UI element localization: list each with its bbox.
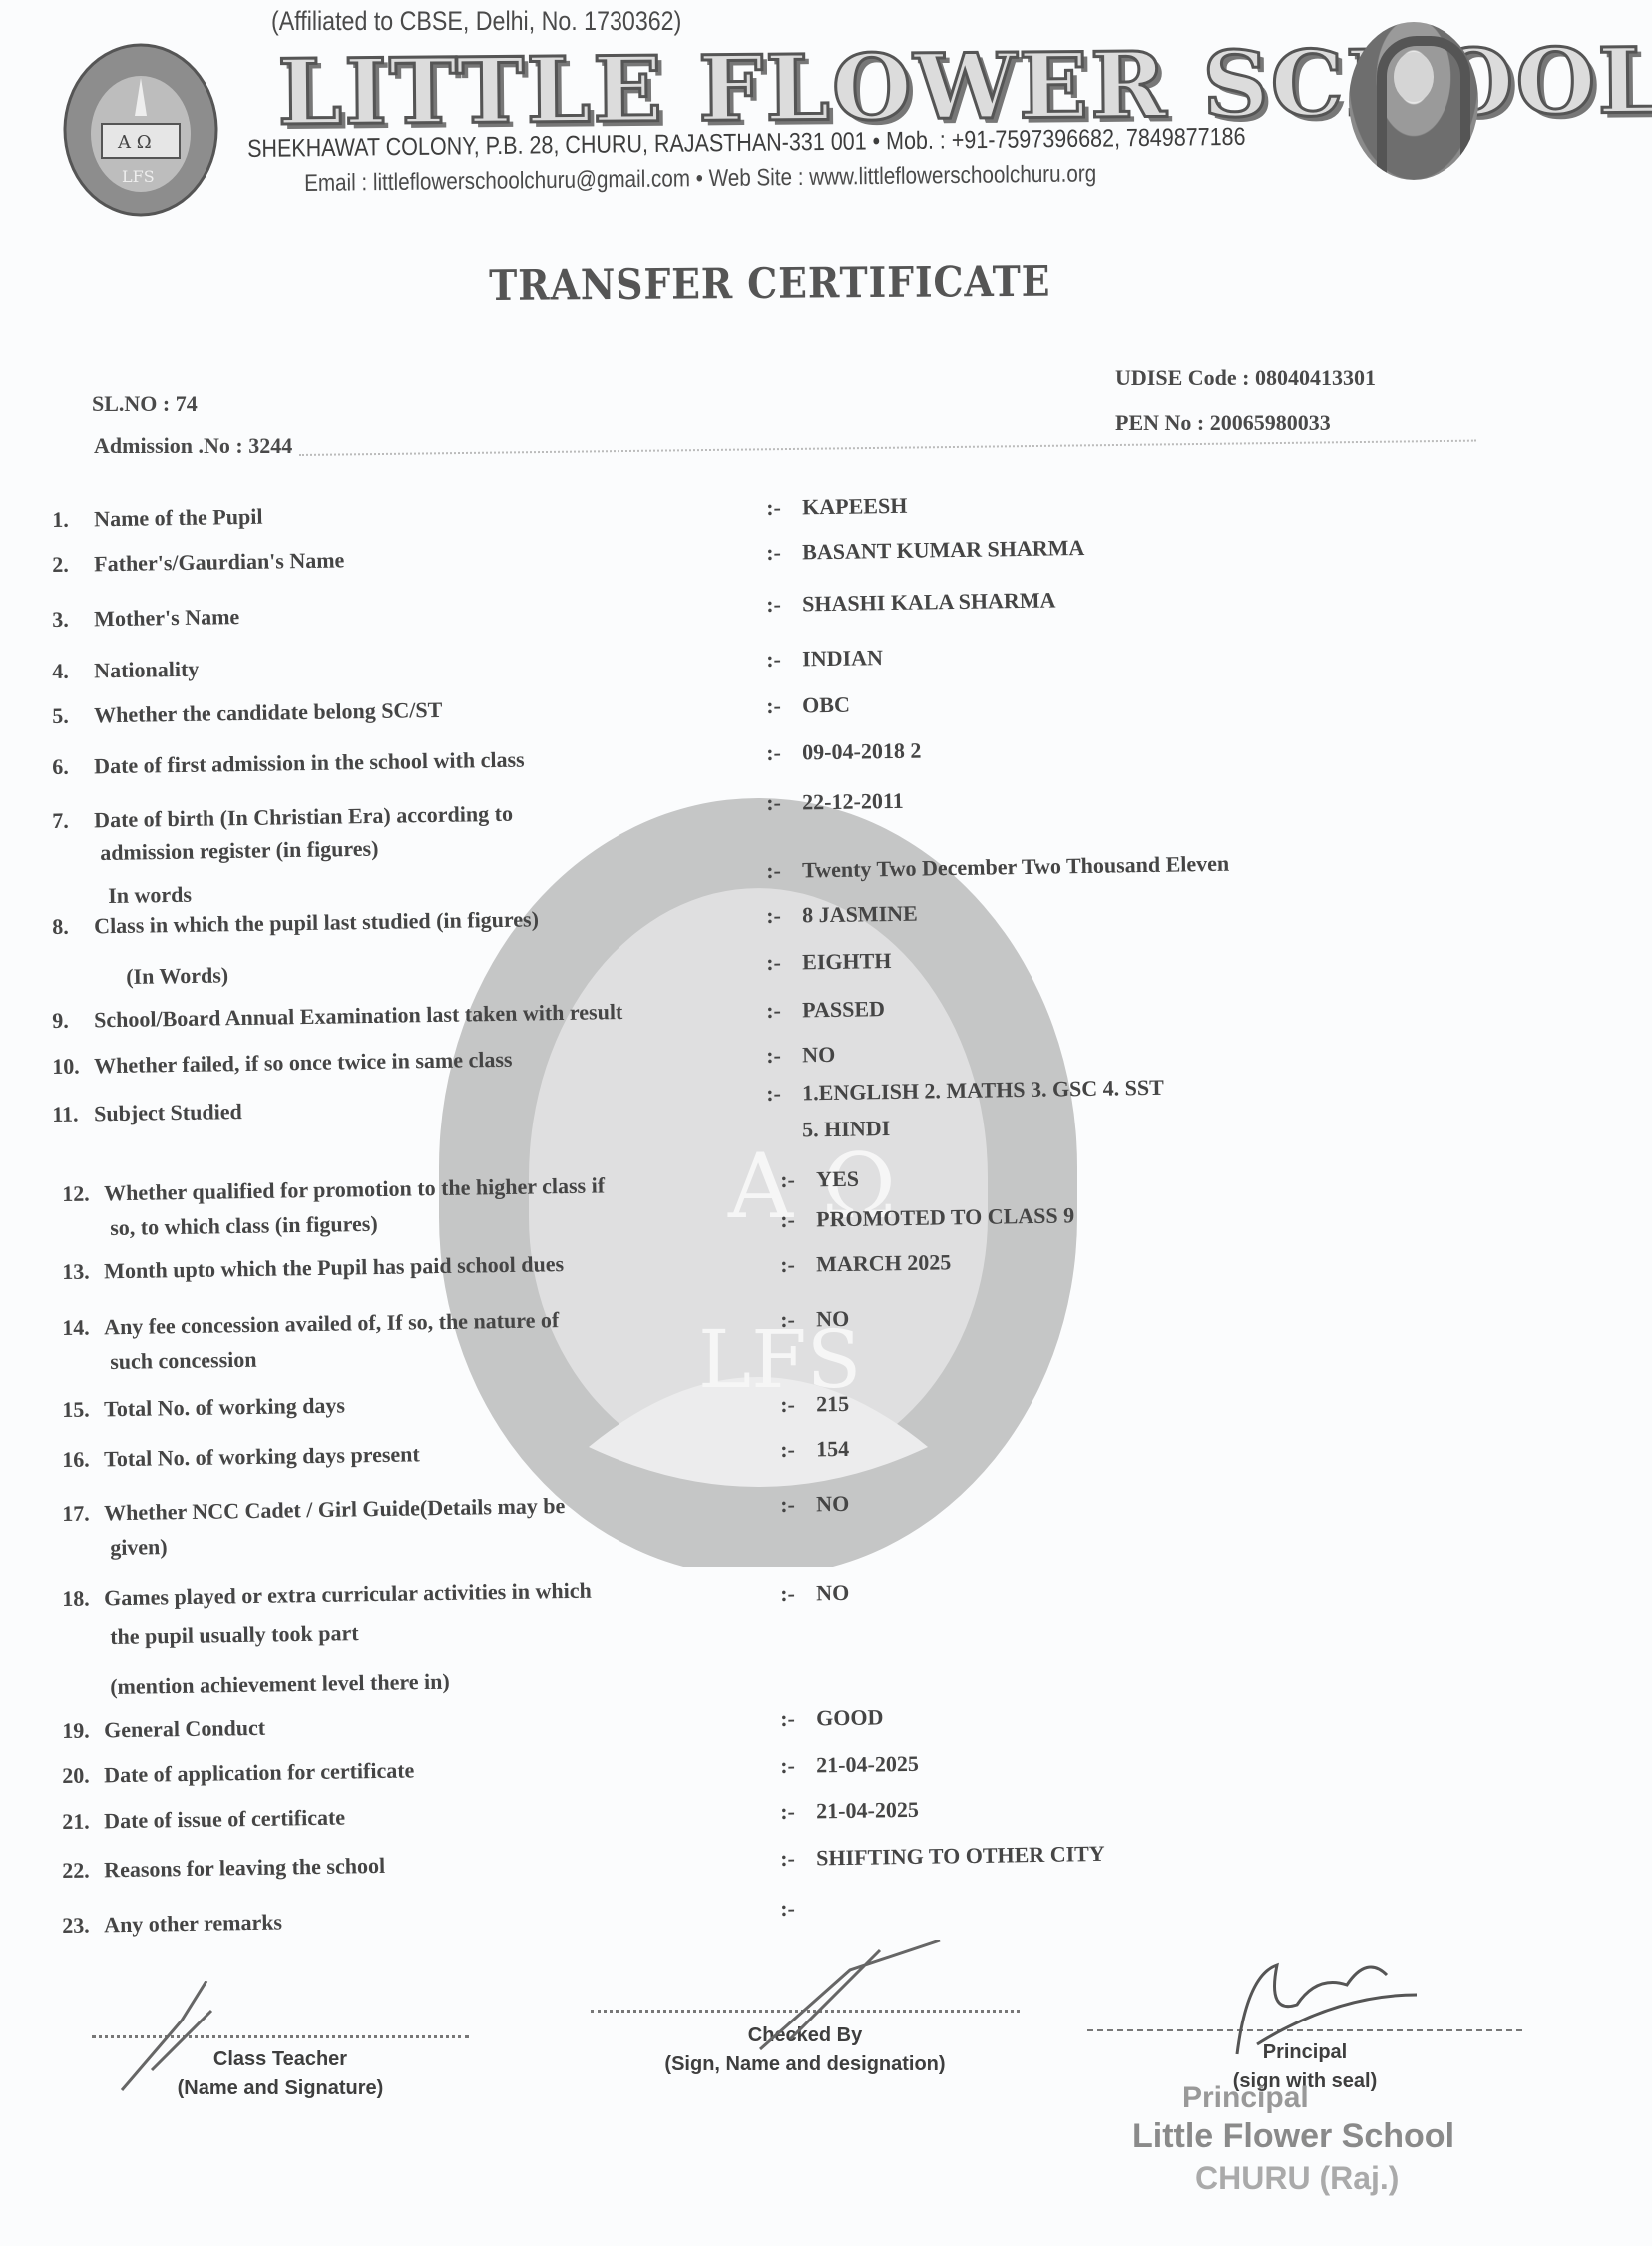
field-separator: :- bbox=[766, 494, 802, 521]
field-separator: :- bbox=[766, 857, 802, 884]
udise-code: UDISE Code : 08040413301 bbox=[1115, 365, 1376, 391]
pen-no: PEN No : 20065980033 bbox=[1115, 410, 1331, 436]
field-value-continuation: 5. HINDI bbox=[766, 1116, 890, 1143]
school-crest-icon: Α Ω LFS bbox=[62, 42, 219, 218]
field-separator: :- bbox=[780, 1580, 816, 1607]
field-separator: :- bbox=[780, 1436, 816, 1463]
field-label-continuation: (In Words) bbox=[126, 962, 228, 990]
field-label-text: Nationality bbox=[94, 657, 200, 683]
field-separator: :- bbox=[766, 949, 802, 976]
field-label-continuation: In words bbox=[108, 882, 192, 909]
field-separator: :- bbox=[766, 591, 802, 618]
field-number: 9. bbox=[52, 1007, 94, 1034]
field-value-text: GOOD bbox=[816, 1704, 884, 1730]
field-label: 2.Father's/Gaurdian's Name bbox=[52, 547, 345, 578]
field-value: :- bbox=[780, 1895, 816, 1922]
field-label: 12.Whether qualified for promotion to th… bbox=[62, 1172, 605, 1207]
field-separator: :- bbox=[766, 902, 802, 929]
field-label-text: Whether failed, if so once twice in same… bbox=[94, 1047, 513, 1079]
document-title: TRANSFER CERTIFICATE bbox=[489, 257, 1050, 310]
field-number: 2. bbox=[52, 551, 94, 578]
field-value: :-MARCH 2025 bbox=[780, 1249, 951, 1278]
field-value-text: PROMOTED TO CLASS 9 bbox=[816, 1202, 1074, 1231]
field-value-text: NO bbox=[816, 1580, 849, 1606]
field-label: 5.Whether the candidate belong SC/ST bbox=[52, 697, 443, 729]
field-label-text: Total No. of working days present bbox=[104, 1441, 420, 1471]
field-label: 8.Class in which the pupil last studied … bbox=[52, 906, 539, 940]
field-number: 10. bbox=[52, 1053, 94, 1080]
field-number: 12. bbox=[62, 1180, 104, 1207]
field-number: 17. bbox=[62, 1500, 104, 1527]
field-label: 14.Any fee concession availed of, If so,… bbox=[62, 1307, 559, 1341]
field-value: :-09-04-2018 2 bbox=[766, 738, 922, 766]
field-value: :-YES bbox=[780, 1166, 859, 1193]
field-value: :-KAPEESH bbox=[766, 493, 908, 521]
field-separator: :- bbox=[766, 789, 802, 816]
field-value-continuation: :-Twenty Two December Two Thousand Eleve… bbox=[766, 851, 1229, 884]
svg-text:Α Ω: Α Ω bbox=[117, 132, 152, 153]
field-value-text: Twenty Two December Two Thousand Eleven bbox=[802, 851, 1229, 883]
field-value-text: 1.ENGLISH 2. MATHS 3. GSC 4. SST bbox=[802, 1075, 1164, 1106]
field-label-continuation: so, to which class (in figures) bbox=[110, 1211, 378, 1241]
field-value-text: 21-04-2025 bbox=[816, 1797, 919, 1824]
field-number: 20. bbox=[62, 1762, 104, 1789]
field-value-text: OBC bbox=[802, 692, 850, 718]
field-number: 14. bbox=[62, 1314, 104, 1341]
field-label: 20.Date of application for certificate bbox=[62, 1757, 415, 1789]
field-number: 4. bbox=[52, 658, 94, 684]
field-label: 10.Whether failed, if so once twice in s… bbox=[52, 1047, 513, 1080]
field-number: 5. bbox=[52, 702, 94, 729]
field-value-continuation: :-PROMOTED TO CLASS 9 bbox=[780, 1202, 1074, 1233]
field-label-text: Subject Studied bbox=[94, 1099, 242, 1125]
field-label: 21.Date of issue of certificate bbox=[62, 1805, 345, 1835]
field-value-text: INDIAN bbox=[802, 645, 883, 671]
field-label-text: Any fee concession availed of, If so, th… bbox=[104, 1307, 559, 1339]
field-label-continuation: the pupil usually took part bbox=[110, 1620, 359, 1650]
field-separator: :- bbox=[766, 1080, 802, 1107]
field-label: 16.Total No. of working days present bbox=[62, 1441, 420, 1473]
field-value-text: NO bbox=[816, 1306, 849, 1332]
field-label: 17.Whether NCC Cadet / Girl Guide(Detail… bbox=[62, 1493, 566, 1527]
field-value-text: SHIFTING TO OTHER CITY bbox=[816, 1841, 1105, 1871]
field-label-text: Whether the candidate belong SC/ST bbox=[94, 697, 443, 727]
field-separator: :- bbox=[766, 539, 802, 566]
field-value: :-BASANT KUMAR SHARMA bbox=[766, 535, 1085, 566]
field-separator: :- bbox=[766, 997, 802, 1024]
field-value: :-1.ENGLISH 2. MATHS 3. GSC 4. SST bbox=[766, 1075, 1164, 1107]
field-label: 18.Games played or extra curricular acti… bbox=[62, 1578, 592, 1612]
field-label-text: Reasons for leaving the school bbox=[104, 1853, 385, 1882]
field-label-text: Any other remarks bbox=[104, 1910, 282, 1938]
field-value: :-SHIFTING TO OTHER CITY bbox=[780, 1841, 1105, 1872]
field-separator: :- bbox=[780, 1391, 816, 1418]
field-separator: :- bbox=[766, 1042, 802, 1069]
field-label-text: Class in which the pupil last studied (i… bbox=[94, 906, 539, 938]
saint-portrait-icon bbox=[1349, 22, 1478, 180]
field-number: 1. bbox=[52, 506, 94, 533]
field-label-text: Whether qualified for promotion to the h… bbox=[104, 1172, 605, 1205]
svg-text:LFS: LFS bbox=[122, 167, 155, 186]
field-separator: :- bbox=[780, 1895, 816, 1922]
field-value-text: 21-04-2025 bbox=[816, 1751, 919, 1778]
field-label-text: Name of the Pupil bbox=[94, 504, 263, 532]
field-label: 11.Subject Studied bbox=[52, 1099, 242, 1127]
field-separator: :- bbox=[780, 1306, 816, 1333]
field-number: 7. bbox=[52, 807, 94, 834]
field-value: :-GOOD bbox=[780, 1704, 884, 1732]
field-number: 23. bbox=[62, 1912, 104, 1939]
field-label: 4.Nationality bbox=[52, 657, 200, 684]
stamp-principal: Principal bbox=[1182, 2081, 1309, 2115]
field-value-text: 8 JASMINE bbox=[802, 901, 918, 928]
field-value: :-INDIAN bbox=[766, 645, 883, 673]
field-label-continuation: such concession bbox=[110, 1347, 257, 1375]
signature-scribble-icon bbox=[750, 1940, 950, 2059]
field-value: :-21-04-2025 bbox=[780, 1751, 919, 1779]
field-value: :-PASSED bbox=[766, 996, 885, 1024]
field-separator: :- bbox=[766, 692, 802, 719]
field-label: 6.Date of first admission in the school … bbox=[52, 747, 525, 780]
field-value: :-SHASHI KALA SHARMA bbox=[766, 587, 1056, 618]
stamp-school-name: Little Flower School bbox=[1132, 2117, 1454, 2156]
field-label-text: Whether NCC Cadet / Girl Guide(Details m… bbox=[104, 1493, 566, 1525]
field-value: :-NO bbox=[780, 1491, 849, 1518]
field-separator: :- bbox=[780, 1752, 816, 1779]
field-separator: :- bbox=[780, 1798, 816, 1825]
field-value-text: 154 bbox=[816, 1436, 849, 1462]
signature-scribble-icon bbox=[1217, 1955, 1437, 2064]
field-label: 15.Total No. of working days bbox=[62, 1393, 345, 1423]
field-separator: :- bbox=[780, 1251, 816, 1278]
field-value-text: YES bbox=[816, 1166, 859, 1192]
field-label: 19.General Conduct bbox=[62, 1715, 265, 1744]
field-number: 22. bbox=[62, 1857, 104, 1884]
field-number: 21. bbox=[62, 1808, 104, 1835]
field-label-text: Date of issue of certificate bbox=[104, 1805, 345, 1834]
affiliation-text: (Affiliated to CBSE, Delhi, No. 1730362) bbox=[271, 6, 681, 37]
field-separator: :- bbox=[780, 1705, 816, 1732]
field-label: 23.Any other remarks bbox=[62, 1910, 282, 1939]
field-value: :-OBC bbox=[766, 692, 850, 719]
field-separator: :- bbox=[780, 1491, 816, 1518]
field-label-continuation: admission register (in figures) bbox=[100, 836, 379, 866]
field-value-text: 215 bbox=[816, 1391, 849, 1417]
field-label-text: Father's/Gaurdian's Name bbox=[94, 547, 345, 576]
class-teacher-signature-block: Class Teacher (Name and Signature) bbox=[92, 2035, 469, 2100]
field-separator: :- bbox=[766, 646, 802, 673]
field-label: 22.Reasons for leaving the school bbox=[62, 1853, 385, 1884]
signature-scribble-icon bbox=[112, 1981, 311, 2100]
field-value-text: KAPEESH bbox=[802, 493, 908, 520]
field-value: :-NO bbox=[780, 1580, 849, 1607]
field-label-text: Mother's Name bbox=[94, 604, 239, 631]
field-label-text: General Conduct bbox=[104, 1715, 265, 1743]
field-value-text: PASSED bbox=[802, 996, 885, 1022]
field-label-text: Date of application for certificate bbox=[104, 1757, 415, 1787]
field-label: 1.Name of the Pupil bbox=[52, 504, 263, 533]
field-separator: :- bbox=[780, 1845, 816, 1872]
field-label: 3.Mother's Name bbox=[52, 604, 239, 633]
field-number: 8. bbox=[52, 913, 94, 940]
field-number: 16. bbox=[62, 1446, 104, 1473]
field-value-text: NO bbox=[802, 1042, 835, 1068]
field-label: 7.Date of birth (In Christian Era) accor… bbox=[52, 801, 513, 834]
field-label-text: Date of birth (In Christian Era) accordi… bbox=[94, 801, 513, 833]
field-label-text: Games played or extra curricular activit… bbox=[104, 1578, 592, 1611]
field-label-text: School/Board Annual Examination last tak… bbox=[94, 999, 622, 1032]
field-number: 3. bbox=[52, 606, 94, 633]
field-label-continuation: (mention achievement level there in) bbox=[110, 1669, 450, 1700]
field-label-text: Month upto which the Pupil has paid scho… bbox=[104, 1251, 564, 1283]
field-value-text: BASANT KUMAR SHARMA bbox=[802, 535, 1085, 564]
field-value-text: SHASHI KALA SHARMA bbox=[802, 587, 1056, 616]
field-separator: :- bbox=[766, 739, 802, 766]
field-value-text: EIGHTH bbox=[802, 948, 892, 974]
sl-no: SL.NO : 74 bbox=[92, 391, 198, 417]
field-number: 15. bbox=[62, 1396, 104, 1423]
field-label-continuation: given) bbox=[110, 1534, 168, 1561]
field-number: 18. bbox=[62, 1585, 104, 1612]
field-number: 11. bbox=[52, 1101, 94, 1127]
field-value: :-22-12-2011 bbox=[766, 788, 904, 816]
field-value-text: MARCH 2025 bbox=[816, 1249, 951, 1276]
field-value: :-215 bbox=[780, 1391, 849, 1418]
field-label-text: Total No. of working days bbox=[104, 1393, 345, 1422]
field-label-text: Date of first admission in the school wi… bbox=[94, 747, 525, 779]
field-number: 6. bbox=[52, 753, 94, 780]
field-separator: :- bbox=[780, 1206, 816, 1233]
header-divider bbox=[299, 440, 1476, 456]
school-contact: Email : littleflowerschoolchuru@gmail.co… bbox=[304, 160, 1096, 198]
field-separator: :- bbox=[780, 1166, 816, 1193]
field-value-text: 5. HINDI bbox=[802, 1116, 890, 1141]
field-value-text: 22-12-2011 bbox=[802, 788, 904, 815]
field-value: :-NO bbox=[766, 1042, 835, 1069]
field-value-text: NO bbox=[816, 1491, 849, 1517]
field-value: :-8 JASMINE bbox=[766, 901, 918, 929]
field-number: 19. bbox=[62, 1717, 104, 1744]
admission-no: Admission .No : 3244 bbox=[94, 433, 292, 459]
stamp-location: CHURU (Raj.) bbox=[1195, 2160, 1399, 2197]
field-value-continuation: :-EIGHTH bbox=[766, 948, 892, 976]
field-number: 13. bbox=[62, 1258, 104, 1285]
field-label: 13.Month upto which the Pupil has paid s… bbox=[62, 1251, 564, 1285]
field-value: :-154 bbox=[780, 1436, 849, 1463]
field-value: :-NO bbox=[780, 1306, 849, 1333]
field-value-text: 09-04-2018 2 bbox=[802, 738, 922, 765]
field-label: 9.School/Board Annual Examination last t… bbox=[52, 999, 622, 1034]
field-separator bbox=[766, 1136, 802, 1137]
field-value: :-21-04-2025 bbox=[780, 1797, 919, 1825]
checked-by-signature-block: Checked By (Sign, Name and designation) bbox=[591, 2010, 1020, 2076]
